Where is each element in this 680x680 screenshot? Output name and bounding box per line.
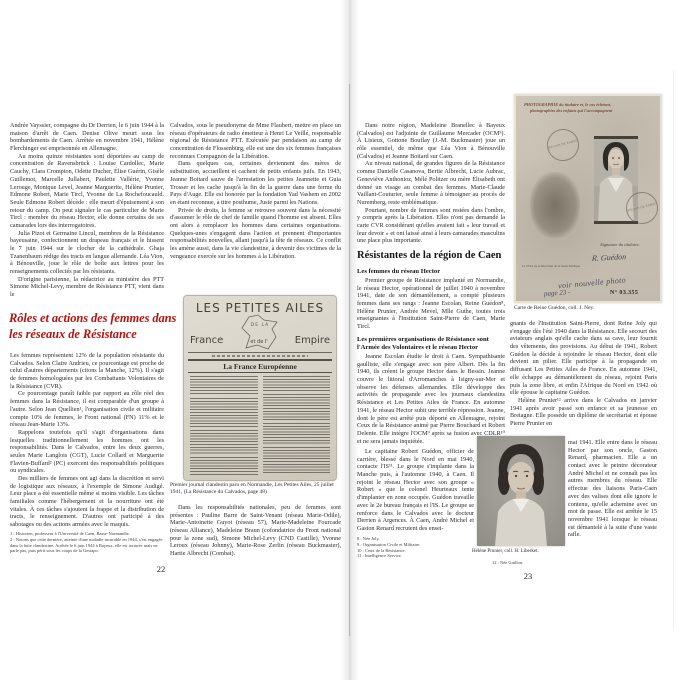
paragraph: mai 1941. Elle entre dans le réseau Hect… <box>568 439 657 539</box>
subheading-femmes-reseau-hector: Les femmes du réseau Hector <box>357 268 505 276</box>
newspaper-column <box>190 376 258 475</box>
subheading-premieres-organisations: Les premières organisations de Résistanc… <box>357 336 505 352</box>
paragraph: Le capitaine Robert Guédon, officier de … <box>357 448 474 533</box>
paragraph: Hélène Prunier¹² arrive dans le Calvados… <box>510 397 657 428</box>
newsprint-block <box>263 423 331 444</box>
footnote: 11 : Intelligence Service. <box>357 553 487 559</box>
p23-col1-escolan-text: Jeanne Escolan étudie le droit à Caen. S… <box>357 353 505 447</box>
newsprint-block <box>263 376 331 391</box>
paragraph: Jeanne Escolan étudie le droit à Caen. S… <box>357 353 505 445</box>
newspaper-headline: La France Européenne <box>188 359 332 373</box>
page-number-22: 22 <box>141 564 181 574</box>
p23-col2-top-text: gnants de l'Institution Saint-Pierre, do… <box>510 320 657 438</box>
p22-col1-top-text: Andrée Vayssier, compagne du Dr Derrien,… <box>10 122 164 312</box>
paragraph: Andrée Vayssier, compagne du Dr Derrien,… <box>10 122 164 153</box>
newsprint-block <box>190 430 258 453</box>
p22-col2-bottom-text: Dans les responsabilités nationales, peu… <box>170 504 341 562</box>
page-22: Andrée Vayssier, compagne du Dr Derrien,… <box>0 0 347 680</box>
photo-top-bar <box>594 136 638 139</box>
footnote-12: 12 : Née Guillou. <box>492 560 572 566</box>
newsprint-block <box>190 457 258 475</box>
page-number-23: 23 <box>508 571 548 581</box>
ink-smudge <box>530 172 580 238</box>
p22-footnotes: 1 : Historien, professeur à l'Université… <box>10 531 164 558</box>
paragraph: D'origine parisienne, la rédactrice au m… <box>10 276 164 299</box>
newsprint-block <box>190 398 258 427</box>
identity-card-reine-guedon: PHOTOGRAPHIE du titulaire et, le cas éch… <box>514 94 662 303</box>
paragraph: Pourtant, nombre de femmes sont restées … <box>357 207 505 245</box>
signature-handwriting: R. Guédon <box>592 252 627 263</box>
helene-photo-caption: Hélène Prunier, coll. H. Liberket. <box>472 549 570 555</box>
paragraph: Au moins quinze résistantes sont déporté… <box>10 153 164 230</box>
p22-col1-bottom-text: Les femmes représentent 12% de la popula… <box>10 352 164 528</box>
section-heading: Résistantes de la région de Caen <box>357 250 535 262</box>
paragraph: Rappelons toutefois qu'il s'agit d'organ… <box>10 429 164 475</box>
newsprint-block <box>190 376 258 395</box>
newspaper-caption: Premier journal clandestin paru en Norma… <box>170 482 341 500</box>
paragraph: Ce pourcentage paraît faible par rapport… <box>10 390 164 428</box>
newspaper-column <box>263 376 331 475</box>
stamp-text: Région de Rabat <box>627 203 657 214</box>
newspaper-empire-label: Empire <box>295 335 330 346</box>
round-stamp-icon: Région de Rabat <box>544 126 583 165</box>
newspaper-dateline <box>212 355 308 357</box>
helene-prunier-portrait <box>477 436 565 546</box>
paragraph: Calvados, sous le pseudonyme de Mme Flau… <box>170 122 341 160</box>
paragraph: Dans quelques cas, certaines deviennent … <box>170 160 341 206</box>
paragraph: Des milliers de femmes ont agi dans la d… <box>10 475 164 528</box>
newspaper-les-petites-ailes-image: LES PETITES AILES DE LA France et de l' … <box>183 295 337 481</box>
p23-col2-wrapped-text: mai 1941. Elle entre dans le réseau Hect… <box>568 439 657 551</box>
card-visa-text: Le VISA de la Direction de la Santé Publ… <box>522 264 580 268</box>
stamp-text: Région de Rabat <box>548 140 578 151</box>
page-gutter-line <box>349 84 350 636</box>
p23-footnotes: 8 : Née Joly. 9 : Organisation Civile et… <box>357 536 487 563</box>
card-caption: Carte de Reine Guédon, coll. J. Ney. <box>514 305 658 312</box>
page-23: Dans notre région, Madeleine Branellec à… <box>352 0 680 680</box>
newspaper-title-row: France et de l' Empire <box>190 335 330 346</box>
paragraph: gnants de l'Institution Saint-Pierre, do… <box>510 320 657 397</box>
p23-col1-guedon-text: Le capitaine Robert Guédon, officier de … <box>357 448 474 534</box>
signature-label: Signature du titulaire. <box>584 242 656 247</box>
card-header-line1: PHOTOGRAPHIE du titulaire et, le cas éch… <box>524 102 656 108</box>
footnote: 2 : Notons que cette dernière, atteinte … <box>10 537 164 554</box>
p22-col2-top-text: Calvados, sous le pseudonyme de Mme Flau… <box>170 122 341 290</box>
helene-prunier-photo <box>477 436 565 546</box>
paragraph: Premier groupe de Résistance implanté en… <box>357 277 505 331</box>
newspaper-et-label: et de l' <box>250 339 267 345</box>
handwritten-note-line1: voir nouvelle photo <box>558 273 658 291</box>
paragraph: Privée de droits, la femme se retrouve s… <box>170 207 341 261</box>
paragraph: Julia Pizot et Germaine Lincul, membres … <box>10 230 164 276</box>
p23-col1-top-text: Dans notre région, Madeleine Branellec à… <box>357 122 505 246</box>
newspaper-columns <box>190 376 330 475</box>
handwritten-note-line2: page 23 - <box>544 288 571 298</box>
newsprint-block <box>263 394 331 419</box>
paragraph: Les femmes représentent 12% de la popula… <box>10 352 164 390</box>
card-header-line2: photographies des enfants qui l'accompag… <box>530 108 656 114</box>
newspaper-rule <box>188 352 332 353</box>
paragraph: Dans notre région, Madeleine Branellec à… <box>357 122 505 160</box>
paragraph: Au niveau national, de grandes figures d… <box>357 160 505 206</box>
book-spread-scan: { "colors": { "heading_red": "#b2150f", … <box>0 0 680 680</box>
newspaper-france-label: France <box>190 335 223 346</box>
newsprint-block <box>263 447 331 475</box>
p23-col1-hector-text: Premier groupe de Résistance implanté en… <box>357 277 505 334</box>
article-heading: Rôles et actions des femmes dans les rés… <box>9 310 187 348</box>
photo-bottom-bar <box>594 221 638 224</box>
paragraph: Dans les responsabilités nationales, peu… <box>170 504 341 558</box>
newspaper-dela: DE LA <box>184 323 336 328</box>
card-serial-number: N° 03.355 <box>610 290 638 296</box>
